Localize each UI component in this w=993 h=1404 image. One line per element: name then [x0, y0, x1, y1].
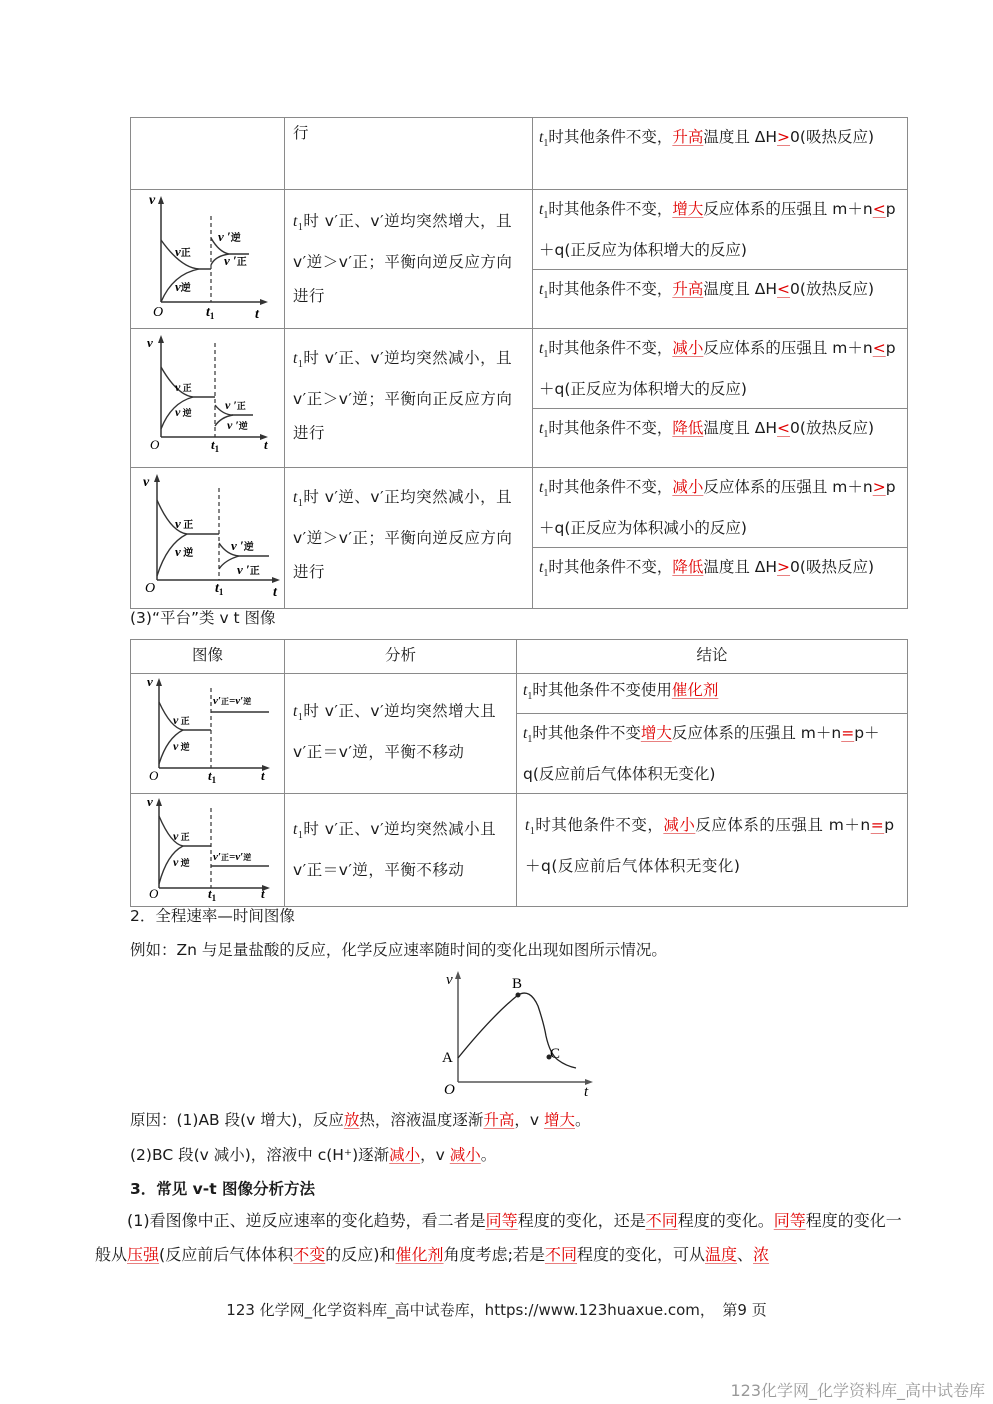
analysis-cell: t1时 v′正、v′逆均突然减小，且 v′正＞v′逆；平衡向正反应方向进行: [285, 329, 533, 468]
table-header-row: 图像 分析 结论: [131, 640, 908, 674]
table-row: v v正 v逆 v ′逆 v ′正 O t1 t t1时 v′正、v′逆均突然增…: [131, 190, 908, 329]
analysis-cell: t1时 v′正、v′逆均突然减小且 v′正＝v′逆，平衡不移动: [285, 794, 517, 907]
svg-text:t1: t1: [206, 305, 215, 321]
svg-text:O: O: [149, 886, 159, 901]
svg-text:v 正: v 正: [175, 380, 192, 394]
svg-text:v ′正: v ′正: [237, 562, 260, 577]
svg-text:O: O: [150, 437, 160, 452]
watermark: 123化学网_化学资料库_高中试卷库: [730, 1378, 985, 1401]
graph-cell: v v 正 v 逆 v′正=v′逆 O t1 t: [131, 674, 285, 794]
heading-vt-analysis-method: 3．常见 v-t 图像分析方法: [130, 1177, 315, 1199]
svg-text:v 正: v 正: [173, 713, 190, 727]
header-graph: 图像: [131, 640, 285, 674]
graph-cell: v v 正 v 逆 v′正=v′逆 O t1 t: [131, 794, 285, 907]
svg-text:v: v: [147, 335, 153, 350]
analysis-cell: t1时 v′逆、v′正均突然减小，且 v′逆＞v′正；平衡向逆反应方向进行: [285, 468, 533, 609]
table-row: v v 正 v 逆 v′正=v′逆 O t1 t t1时 v′正、v′逆均突然增…: [131, 674, 908, 794]
svg-text:O: O: [145, 581, 155, 596]
vt-table-platform: 图像 分析 结论 v v 正 v 逆 v′正=v′逆 O t1 t: [130, 639, 908, 907]
table-row: v v 正 v 逆 v ′正 v ′逆 O t1 t t1时 v′正、v′逆均突…: [131, 329, 908, 468]
vt-graph-decrease-reverse: v v 正 v 逆 v ′逆 v ′正 O t1 t: [131, 468, 281, 604]
conclusion-pressure: t1时其他条件不变，减小反应体系的压强且 m＋n>p＋q(正反应为体积减小的反应…: [533, 468, 907, 548]
zn-hcl-rate-curve: v B A C O t: [432, 966, 602, 1096]
reason-bc: (2)BC 段(v 减小)，溶液中 c(H⁺)逐渐减小，v 减小。: [130, 1143, 496, 1165]
analysis-cell: 行: [285, 118, 533, 190]
svg-text:v: v: [147, 794, 153, 809]
svg-text:O: O: [153, 305, 163, 320]
section-title-platform: (3)“平台”类 v t 图像: [130, 606, 276, 628]
svg-text:v ′正: v ′正: [224, 253, 247, 268]
conclusion-temperature: t1时其他条件不变，升高温度且 ΔH<0(放热反应): [533, 270, 907, 315]
svg-text:v: v: [149, 193, 156, 208]
conclusion-pressure: t1时其他条件不变，增大反应体系的压强且 m＋n<p＋q(正反应为体积增大的反应…: [533, 190, 907, 270]
vt-graph-platform-down: v v 正 v 逆 v′正=v′逆 O t1 t: [131, 794, 281, 902]
svg-text:v′正=v′逆: v′正=v′逆: [213, 695, 251, 707]
analysis-cell: t1时 v′正、v′逆均突然增大且 v′正＝v′逆，平衡不移动: [285, 674, 517, 794]
table-row: 行 t1时其他条件不变，升高温度且 ΔH>0(吸热反应): [131, 118, 908, 190]
graph-cell-empty: [131, 118, 285, 190]
conclusion-cell: t1时其他条件不变，减小反应体系的压强且 m＋n<p＋q(正反应为体积增大的反应…: [533, 329, 908, 468]
svg-text:v正: v正: [175, 244, 191, 259]
page-footer: 123 化学网_化学资料库_高中试卷库，https://www.123huaxu…: [0, 1299, 993, 1320]
vt-graph-increase-both: v v正 v逆 v ′逆 v ′正 O t1 t: [131, 190, 281, 324]
conclusion-pressure: t1时其他条件不变增大反应体系的压强且 m＋n=p＋q(反应前后气体体积无变化): [517, 714, 907, 793]
svg-text:v 正: v 正: [173, 829, 190, 843]
svg-text:t: t: [261, 768, 265, 783]
svg-text:v ′逆: v ′逆: [218, 229, 241, 244]
reason-ab: 原因：(1)AB 段(v 增大)，反应放热，溶液温度逐渐升高，v 增大。: [130, 1108, 591, 1130]
svg-text:v 逆: v 逆: [173, 739, 190, 753]
header-conclusion: 结论: [517, 640, 908, 674]
svg-text:v 逆: v 逆: [175, 544, 193, 559]
svg-text:v逆: v逆: [175, 279, 191, 294]
svg-text:v 逆: v 逆: [175, 405, 192, 419]
conclusion-catalyst: t1时其他条件不变使用催化剂: [517, 674, 907, 714]
svg-text:v ′正: v ′正: [225, 398, 246, 412]
table-row: v v 正 v 逆 v ′逆 v ′正 O t1 t t1时 v′逆、v′正均突…: [131, 468, 908, 609]
svg-text:B: B: [512, 976, 522, 992]
analysis-cell: t1时 v′正、v′逆均突然增大，且 v′逆＞v′正；平衡向逆反应方向进行: [285, 190, 533, 329]
vt-table-1: 行 t1时其他条件不变，升高温度且 ΔH>0(吸热反应) v v正 v逆: [130, 117, 908, 609]
svg-text:O: O: [149, 768, 159, 783]
svg-text:t1: t1: [215, 581, 224, 597]
svg-text:t: t: [584, 1084, 589, 1096]
svg-text:t: t: [261, 886, 265, 901]
svg-text:v ′逆: v ′逆: [227, 418, 248, 432]
conclusion-temperature: t1时其他条件不变，降低温度且 ΔH<0(放热反应): [533, 409, 907, 454]
conclusion-cell: t1时其他条件不变，减小反应体系的压强且 m＋n=p＋q(反应前后气体体积无变化…: [517, 794, 908, 907]
svg-text:t: t: [273, 585, 278, 600]
svg-text:O: O: [444, 1082, 455, 1096]
conclusion-cell: t1时其他条件不变使用催化剂 t1时其他条件不变增大反应体系的压强且 m＋n=p…: [517, 674, 908, 794]
svg-text:A: A: [442, 1050, 453, 1066]
conclusion-temperature: t1时其他条件不变，降低温度且 ΔH>0(吸热反应): [533, 548, 907, 593]
svg-text:v ′逆: v ′逆: [231, 538, 254, 553]
svg-text:v 正: v 正: [175, 516, 193, 531]
conclusion-pressure: t1时其他条件不变，减小反应体系的压强且 m＋n<p＋q(正反应为体积增大的反应…: [533, 329, 907, 409]
example-text: 例如：Zn 与足量盐酸的反应，化学反应速率随时间的变化出现如图所示情况。: [130, 938, 667, 960]
graph-cell: v v 正 v 逆 v ′正 v ′逆 O t1 t: [131, 329, 285, 468]
svg-text:v: v: [446, 972, 453, 988]
conclusion-cell: t1时其他条件不变，减小反应体系的压强且 m＋n>p＋q(正反应为体积减小的反应…: [533, 468, 908, 609]
header-analysis: 分析: [285, 640, 517, 674]
heading-full-rate-time: 2．全程速率—时间图像: [130, 904, 295, 926]
table-row: v v 正 v 逆 v′正=v′逆 O t1 t t1时 v′正、v′逆均突然减…: [131, 794, 908, 907]
svg-text:v′正=v′逆: v′正=v′逆: [213, 851, 251, 863]
vt-graph-platform-up: v v 正 v 逆 v′正=v′逆 O t1 t: [131, 674, 281, 786]
svg-text:t1: t1: [208, 768, 217, 785]
conclusion-cell: t1时其他条件不变，增大反应体系的压强且 m＋n<p＋q(正反应为体积增大的反应…: [533, 190, 908, 329]
svg-text:v 逆: v 逆: [173, 855, 190, 869]
graph-cell: v v正 v逆 v ′逆 v ′正 O t1 t: [131, 190, 285, 329]
conclusion-text: t1时其他条件不变，升高温度且 ΔH>0(吸热反应): [533, 118, 907, 163]
svg-text:C: C: [550, 1046, 560, 1062]
conclusion-cell: t1时其他条件不变，升高温度且 ΔH>0(吸热反应): [533, 118, 908, 190]
svg-text:t: t: [264, 437, 268, 452]
vt-graph-decrease-forward: v v 正 v 逆 v ′正 v ′逆 O t1 t: [131, 329, 281, 463]
graph-cell: v v 正 v 逆 v ′逆 v ′正 O t1 t: [131, 468, 285, 609]
svg-text:v: v: [147, 674, 153, 689]
conclusion-pressure: t1时其他条件不变，减小反应体系的压强且 m＋n=p＋q(反应前后气体体积无变化…: [517, 794, 907, 889]
svg-text:v: v: [143, 475, 150, 490]
svg-text:t: t: [255, 307, 260, 322]
analysis-method-paragraph: (1)看图像中正、逆反应速率的变化趋势，看二者是同等程度的变化，还是不同程度的变…: [95, 1204, 910, 1272]
svg-text:t1: t1: [211, 437, 220, 454]
